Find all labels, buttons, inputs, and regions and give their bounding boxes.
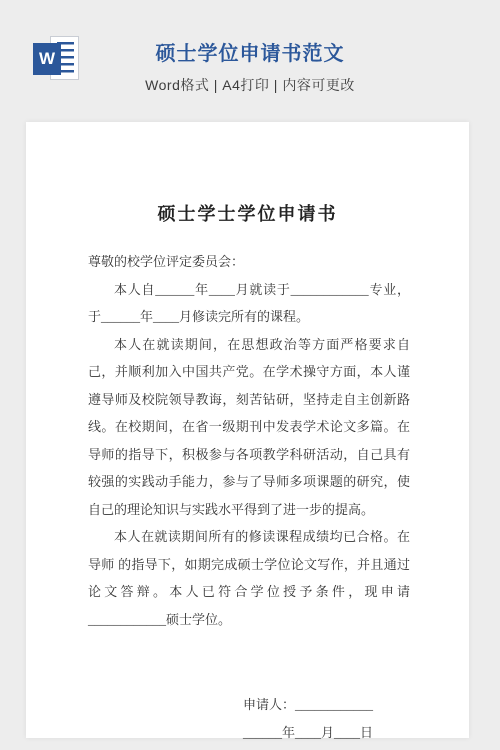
header: W 硕士学位申请书范文 Word格式 | A4打印 | 内容可更改 — [0, 0, 500, 122]
document-greeting: 尊敬的校学位评定委员会： — [88, 248, 410, 276]
document-paragraph: 本人自______年____月就读于____________专业，于______… — [88, 276, 410, 331]
document-title: 硕士学士学位申请书 — [26, 203, 469, 225]
word-icon-w-letter: W — [33, 43, 61, 75]
word-file-icon: W — [33, 36, 79, 82]
applicant-label: 申请人： — [243, 697, 295, 712]
document-paragraph: 本人在就读期间，在思想政治等方面严格要求自己，并顺利加入中国共产党。在学术操守方… — [88, 331, 410, 524]
signature-date-line: ______年____月____日 — [88, 719, 373, 747]
document-page: 硕士学士学位申请书 尊敬的校学位评定委员会： 本人自______年____月就读… — [26, 122, 469, 738]
signature-block: 申请人：____________ ______年____月____日 — [88, 691, 410, 747]
signature-applicant-line: 申请人：____________ — [88, 691, 373, 719]
document-body: 尊敬的校学位评定委员会： 本人自______年____月就读于_________… — [88, 248, 410, 747]
page-title: 硕士学位申请书范文 — [156, 42, 345, 66]
applicant-blank-line: ____________ — [295, 697, 373, 712]
document-paragraph: 本人在就读期间所有的修读课程成绩均已合格。在导师 的指导下，如期完成硕士学位论文… — [88, 523, 410, 633]
